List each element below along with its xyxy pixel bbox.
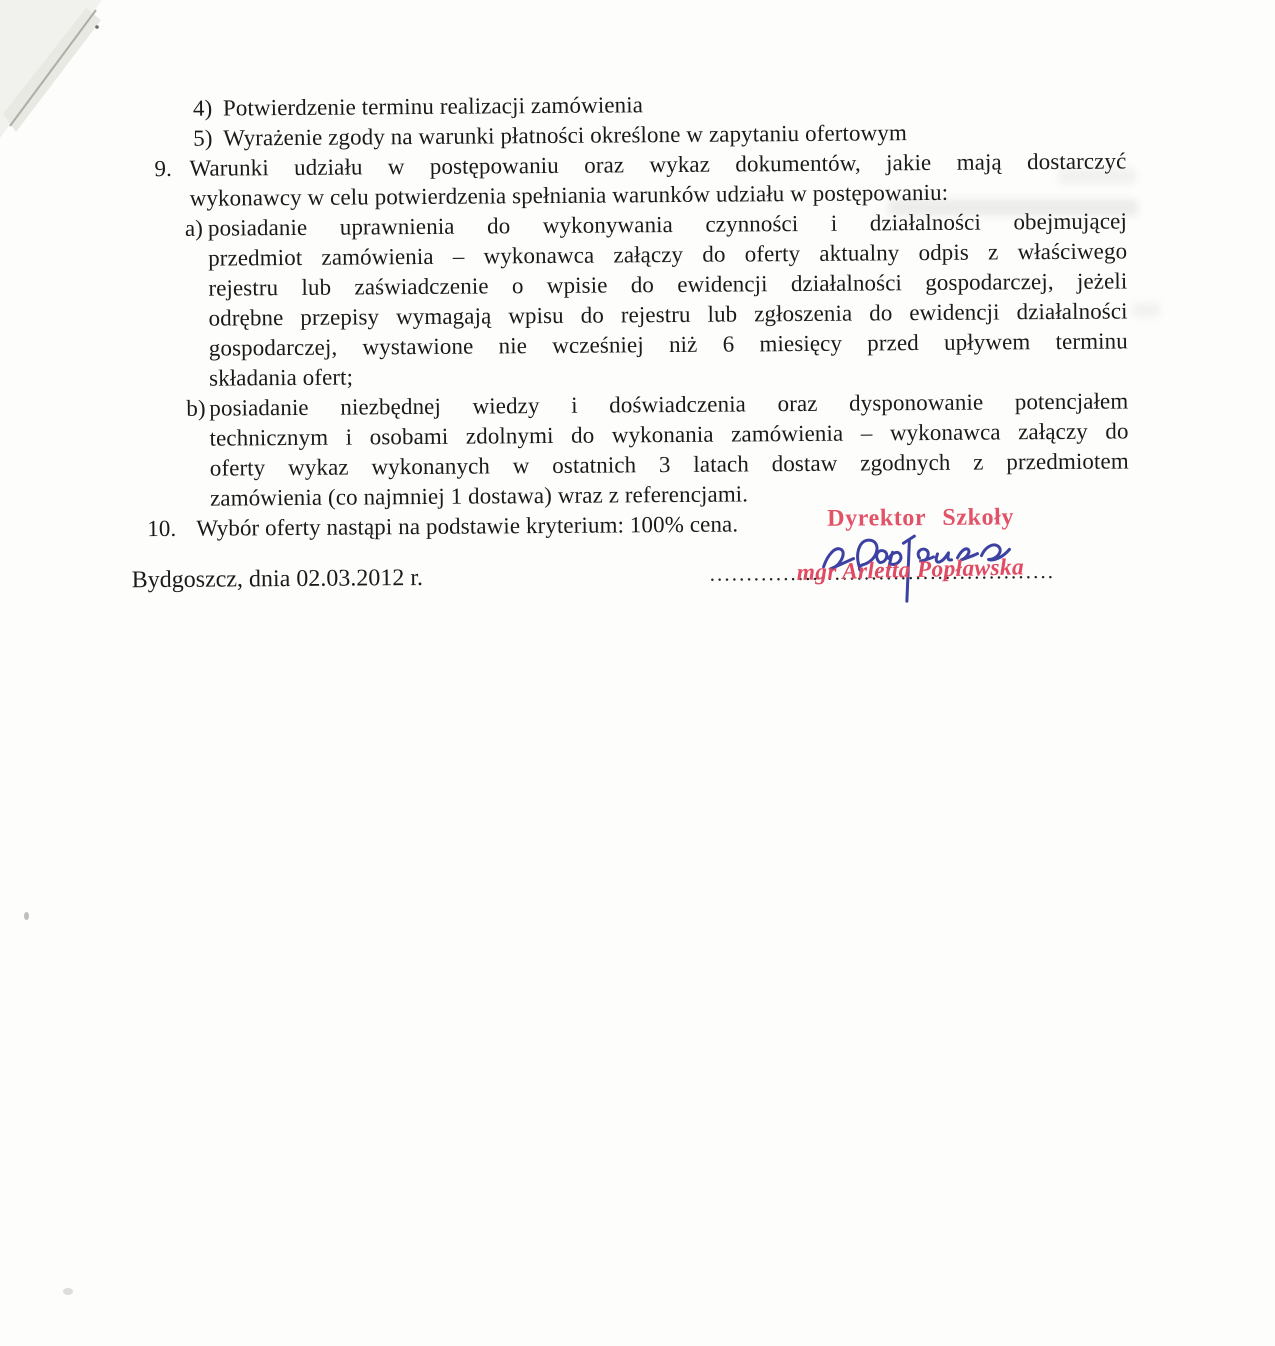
- list-item-9: 9. Warunki udziału w postępowaniu oraz w…: [154, 146, 1126, 214]
- list-item-marker: 5): [193, 124, 213, 154]
- list-item-marker: 10.: [147, 514, 176, 544]
- list-item-marker: 4): [193, 94, 213, 124]
- sub-item-marker: b): [186, 394, 206, 424]
- sub-item-b: b) posiadanie niezbędnej wiedzy i doświa…: [186, 386, 1129, 513]
- stamp-name: mgr Arletta Popławska: [796, 554, 1024, 587]
- list-item-text: Wyrażenie zgody na warunki płatności okr…: [223, 120, 907, 150]
- document-body: 4) Potwierdzenie terminu realizacji zamó…: [154, 86, 1130, 544]
- date-line: Bydgoszcz, dnia 02.03.2012 r.: [132, 565, 423, 594]
- sub-item-marker: a): [185, 214, 203, 244]
- sub-item-a: a) posiadanie uprawnienia do wykonywania…: [185, 206, 1128, 393]
- scanned-document-page: 4) Potwierdzenie terminu realizacji zamó…: [0, 0, 1275, 1346]
- document-content: 4) Potwierdzenie terminu realizacji zamó…: [0, 0, 1275, 1346]
- list-item-marker: 9.: [154, 154, 172, 184]
- list-item-text: Potwierdzenie terminu realizacji zamówie…: [223, 92, 643, 120]
- list-item-text: Wybór oferty nastąpi na podstawie kryter…: [196, 511, 738, 540]
